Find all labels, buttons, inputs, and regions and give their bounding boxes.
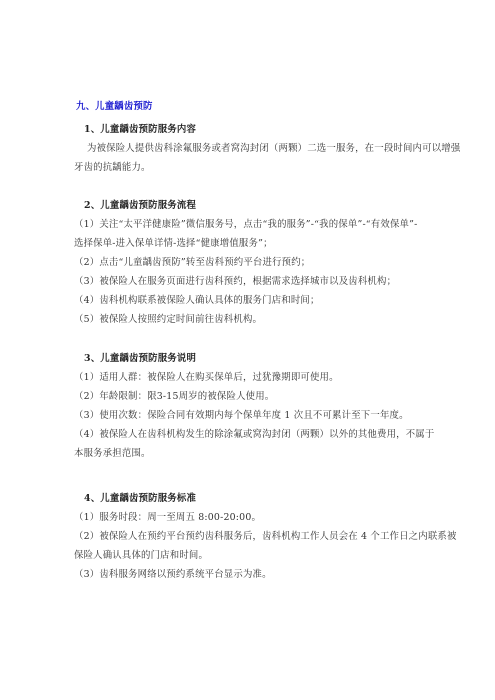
list-item: （3）齿科服务网络以预约系统平台显示为准。 [74,569,272,581]
list-item: （1）适用人群：被保险人在购买保单后，过犹豫期即可使用。 [74,372,339,384]
list-item: （3）被保险人在服务页面进行齿科预约，根据需求选择城市以及齿科机构； [74,276,396,288]
list-item-continuation: 保险人确认具体的门店和时间。 [74,550,208,562]
subsection-heading-4: 4、儿童龋齿预防服务标准 [84,493,196,505]
subsection-heading-1: 1、儿童龋齿预防服务内容 [84,124,196,136]
list-item: （5）被保险人按照约定时间前往齿科机构。 [74,314,262,326]
list-item-continuation: 选择保单-进入保单详情-选择“健康增值服务”； [74,238,273,250]
paragraph-line: 牙齿的抗龋能力。 [74,162,151,174]
list-item: （1）服务时段：周一至周五 8:00-20:00。 [74,512,261,524]
list-item: （4）被保险人在齿科机构发生的除涂氟或窝沟封闭（两颗）以外的其他费用，不属于 [74,429,434,441]
list-item: （2）点击“儿童龋齿预防”转至齿科预约平台进行预约； [74,257,310,269]
list-item: （2）年龄限制：限3-15周岁的被保险人使用。 [74,391,274,403]
paragraph-line: 为被保险人提供齿科涂氟服务或者窝沟封闭（两颗）二选一服务，在一段时间内可以增强 [87,143,460,155]
list-item: （2）被保险人在预约平台预约齿科服务后，齿科机构工作人员会在 4 个工作日之内联… [74,531,457,543]
list-item: （1）关注“太平洋健康险”微信服务号，点击“我的服务”-“我的保单”-“有效保单… [74,219,417,231]
section-title: 九、儿童龋齿预防 [76,101,153,113]
list-item: （4）齿科机构联系被保险人确认具体的服务门店和时间； [74,295,320,307]
list-item-continuation: 本服务承担范围。 [74,448,151,460]
subsection-heading-2: 2、儿童龋齿预防服务流程 [84,200,196,212]
document-page: 九、儿童龋齿预防 1、儿童龋齿预防服务内容 为被保险人提供齿科涂氟服务或者窝沟封… [0,0,495,700]
list-item: （3）使用次数：保险合同有效期内每个保单年度 1 次且不可累计至下一年度。 [74,410,409,422]
subsection-heading-3: 3、儿童龋齿预防服务说明 [84,353,196,365]
